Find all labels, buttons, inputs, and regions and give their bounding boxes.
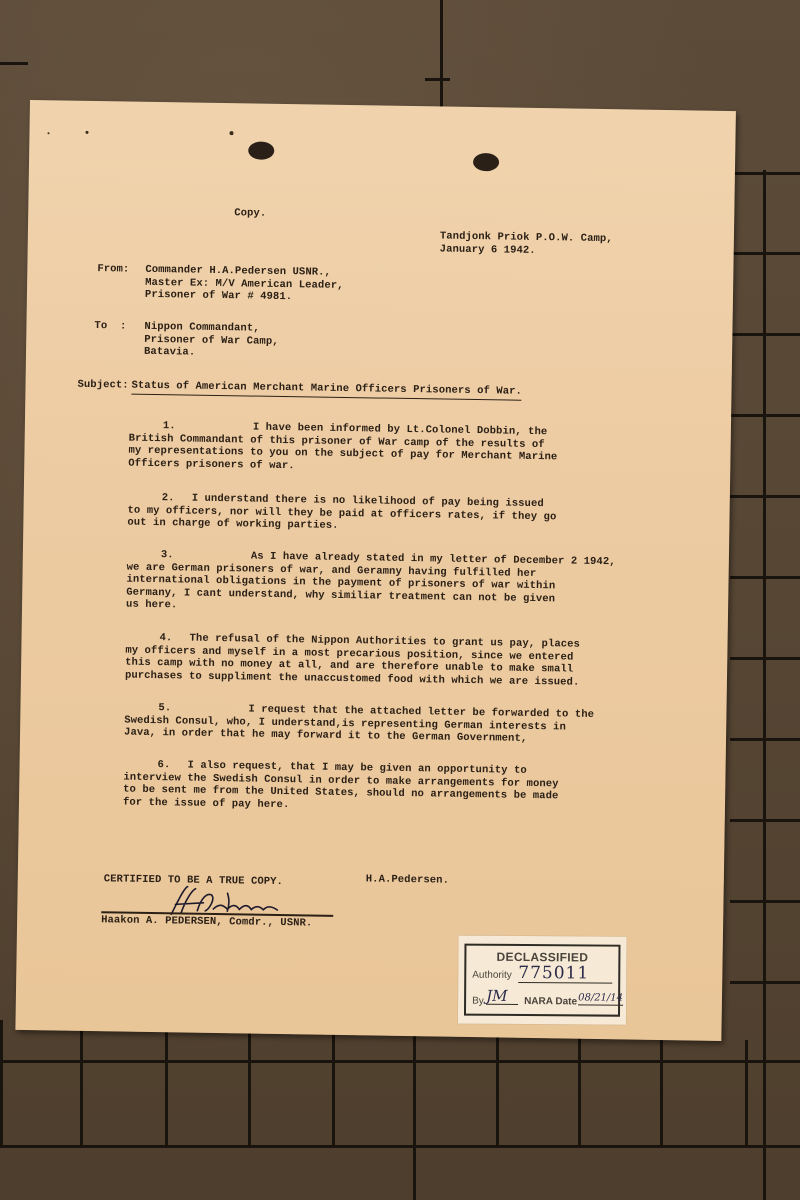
mat-gridline — [413, 1020, 416, 1200]
signer-name: Haakon A. PEDERSEN, Comdr., USNR. — [101, 914, 312, 930]
mat-gridline — [730, 414, 800, 417]
paragraph-number: 2. — [128, 492, 192, 506]
stamp-nara-date-value: 08/21/14 — [578, 991, 623, 1005]
paragraph-number: 4. — [125, 632, 189, 646]
paragraph-4: 4.The refusal of the Nippon Authorities … — [125, 632, 606, 690]
copy-label: Copy. — [234, 207, 266, 220]
stamp-authority-label: Authority — [472, 970, 512, 981]
paragraph-5: 5.I request that the attached letter be … — [124, 702, 605, 747]
mat-gridline — [0, 62, 28, 65]
mat-gridline — [730, 495, 800, 498]
from-label: From: — [97, 263, 129, 276]
mat-gridline — [730, 576, 800, 579]
mat-gridline — [332, 1020, 335, 1145]
mat-gridline — [0, 1145, 800, 1148]
mat-gridline — [660, 1040, 663, 1148]
paragraph-3: 3.As I have already stated in my letter … — [126, 549, 607, 619]
paragraph-6: 6.I also request, that I may be given an… — [123, 759, 604, 817]
subject-text: Status of American Merchant Marine Offic… — [131, 380, 522, 401]
declassified-stamp: DECLASSIFIED Authority 775011 By JM NARA… — [464, 944, 620, 1017]
mat-gridline — [730, 333, 800, 336]
mat-gridline — [578, 1030, 581, 1148]
mat-gridline — [496, 1030, 499, 1148]
paper-speck — [229, 131, 233, 135]
paragraph-number: 6. — [123, 759, 187, 773]
paragraph-number: 1. — [129, 420, 193, 434]
paper-speck — [47, 132, 49, 134]
from-line: Prisoner of War # 4981. — [145, 289, 292, 303]
paragraph-2: 2.I understand there is no likelihood of… — [127, 492, 608, 537]
mat-gridline — [730, 738, 800, 741]
from-address: Commander H.A.Pedersen USNR., Master Ex:… — [145, 264, 344, 305]
place-date: Tandjonk Priok P.O.W. Camp, January 6 19… — [440, 230, 613, 258]
stamp-authority-value: 775011 — [518, 964, 612, 984]
punch-hole — [473, 153, 499, 171]
mat-gridline — [730, 657, 800, 660]
typed-signature: H.A.Pedersen. — [366, 873, 449, 887]
mat-gridline — [440, 0, 443, 110]
stamp-nara-date-label: NARA Date — [524, 996, 577, 1007]
document-page: Copy. Tandjonk Priok P.O.W. Camp, Januar… — [15, 100, 736, 1041]
to-line: Nippon Commandant, — [144, 321, 259, 335]
mat-gridline — [730, 172, 800, 175]
paragraph-number: 5. — [124, 702, 188, 716]
declassified-stamp-card: DECLASSIFIED Authority 775011 By JM NARA… — [458, 936, 627, 1025]
mat-gridline — [730, 900, 800, 903]
mat-gridline — [80, 1020, 83, 1145]
mat-gridline — [730, 252, 800, 255]
stamp-by-label: By — [472, 996, 484, 1007]
to-label: To : — [94, 320, 126, 333]
mat-gridline — [763, 170, 766, 1200]
to-address: Nippon Commandant, Prisoner of War Camp,… — [144, 321, 279, 361]
paragraph-number: 3. — [127, 549, 191, 563]
mat-gridline — [425, 78, 450, 81]
punch-hole — [248, 141, 274, 159]
mat-gridline — [248, 1020, 251, 1145]
subject-label: Subject: — [77, 379, 128, 392]
mat-gridline — [0, 1020, 3, 1145]
mat-gridline — [745, 1040, 748, 1148]
to-line: Batavia. — [144, 346, 195, 359]
paragraph-1: 1.I have been informed by Lt.Colonel Dob… — [128, 420, 609, 478]
mat-gridline — [0, 1060, 800, 1063]
paper-speck — [85, 131, 88, 134]
mat-gridline — [730, 981, 800, 984]
stamp-by-value: JM — [486, 988, 518, 1005]
mat-gridline — [165, 1020, 168, 1145]
mat-gridline — [730, 819, 800, 822]
date: January 6 1942. — [440, 243, 536, 257]
